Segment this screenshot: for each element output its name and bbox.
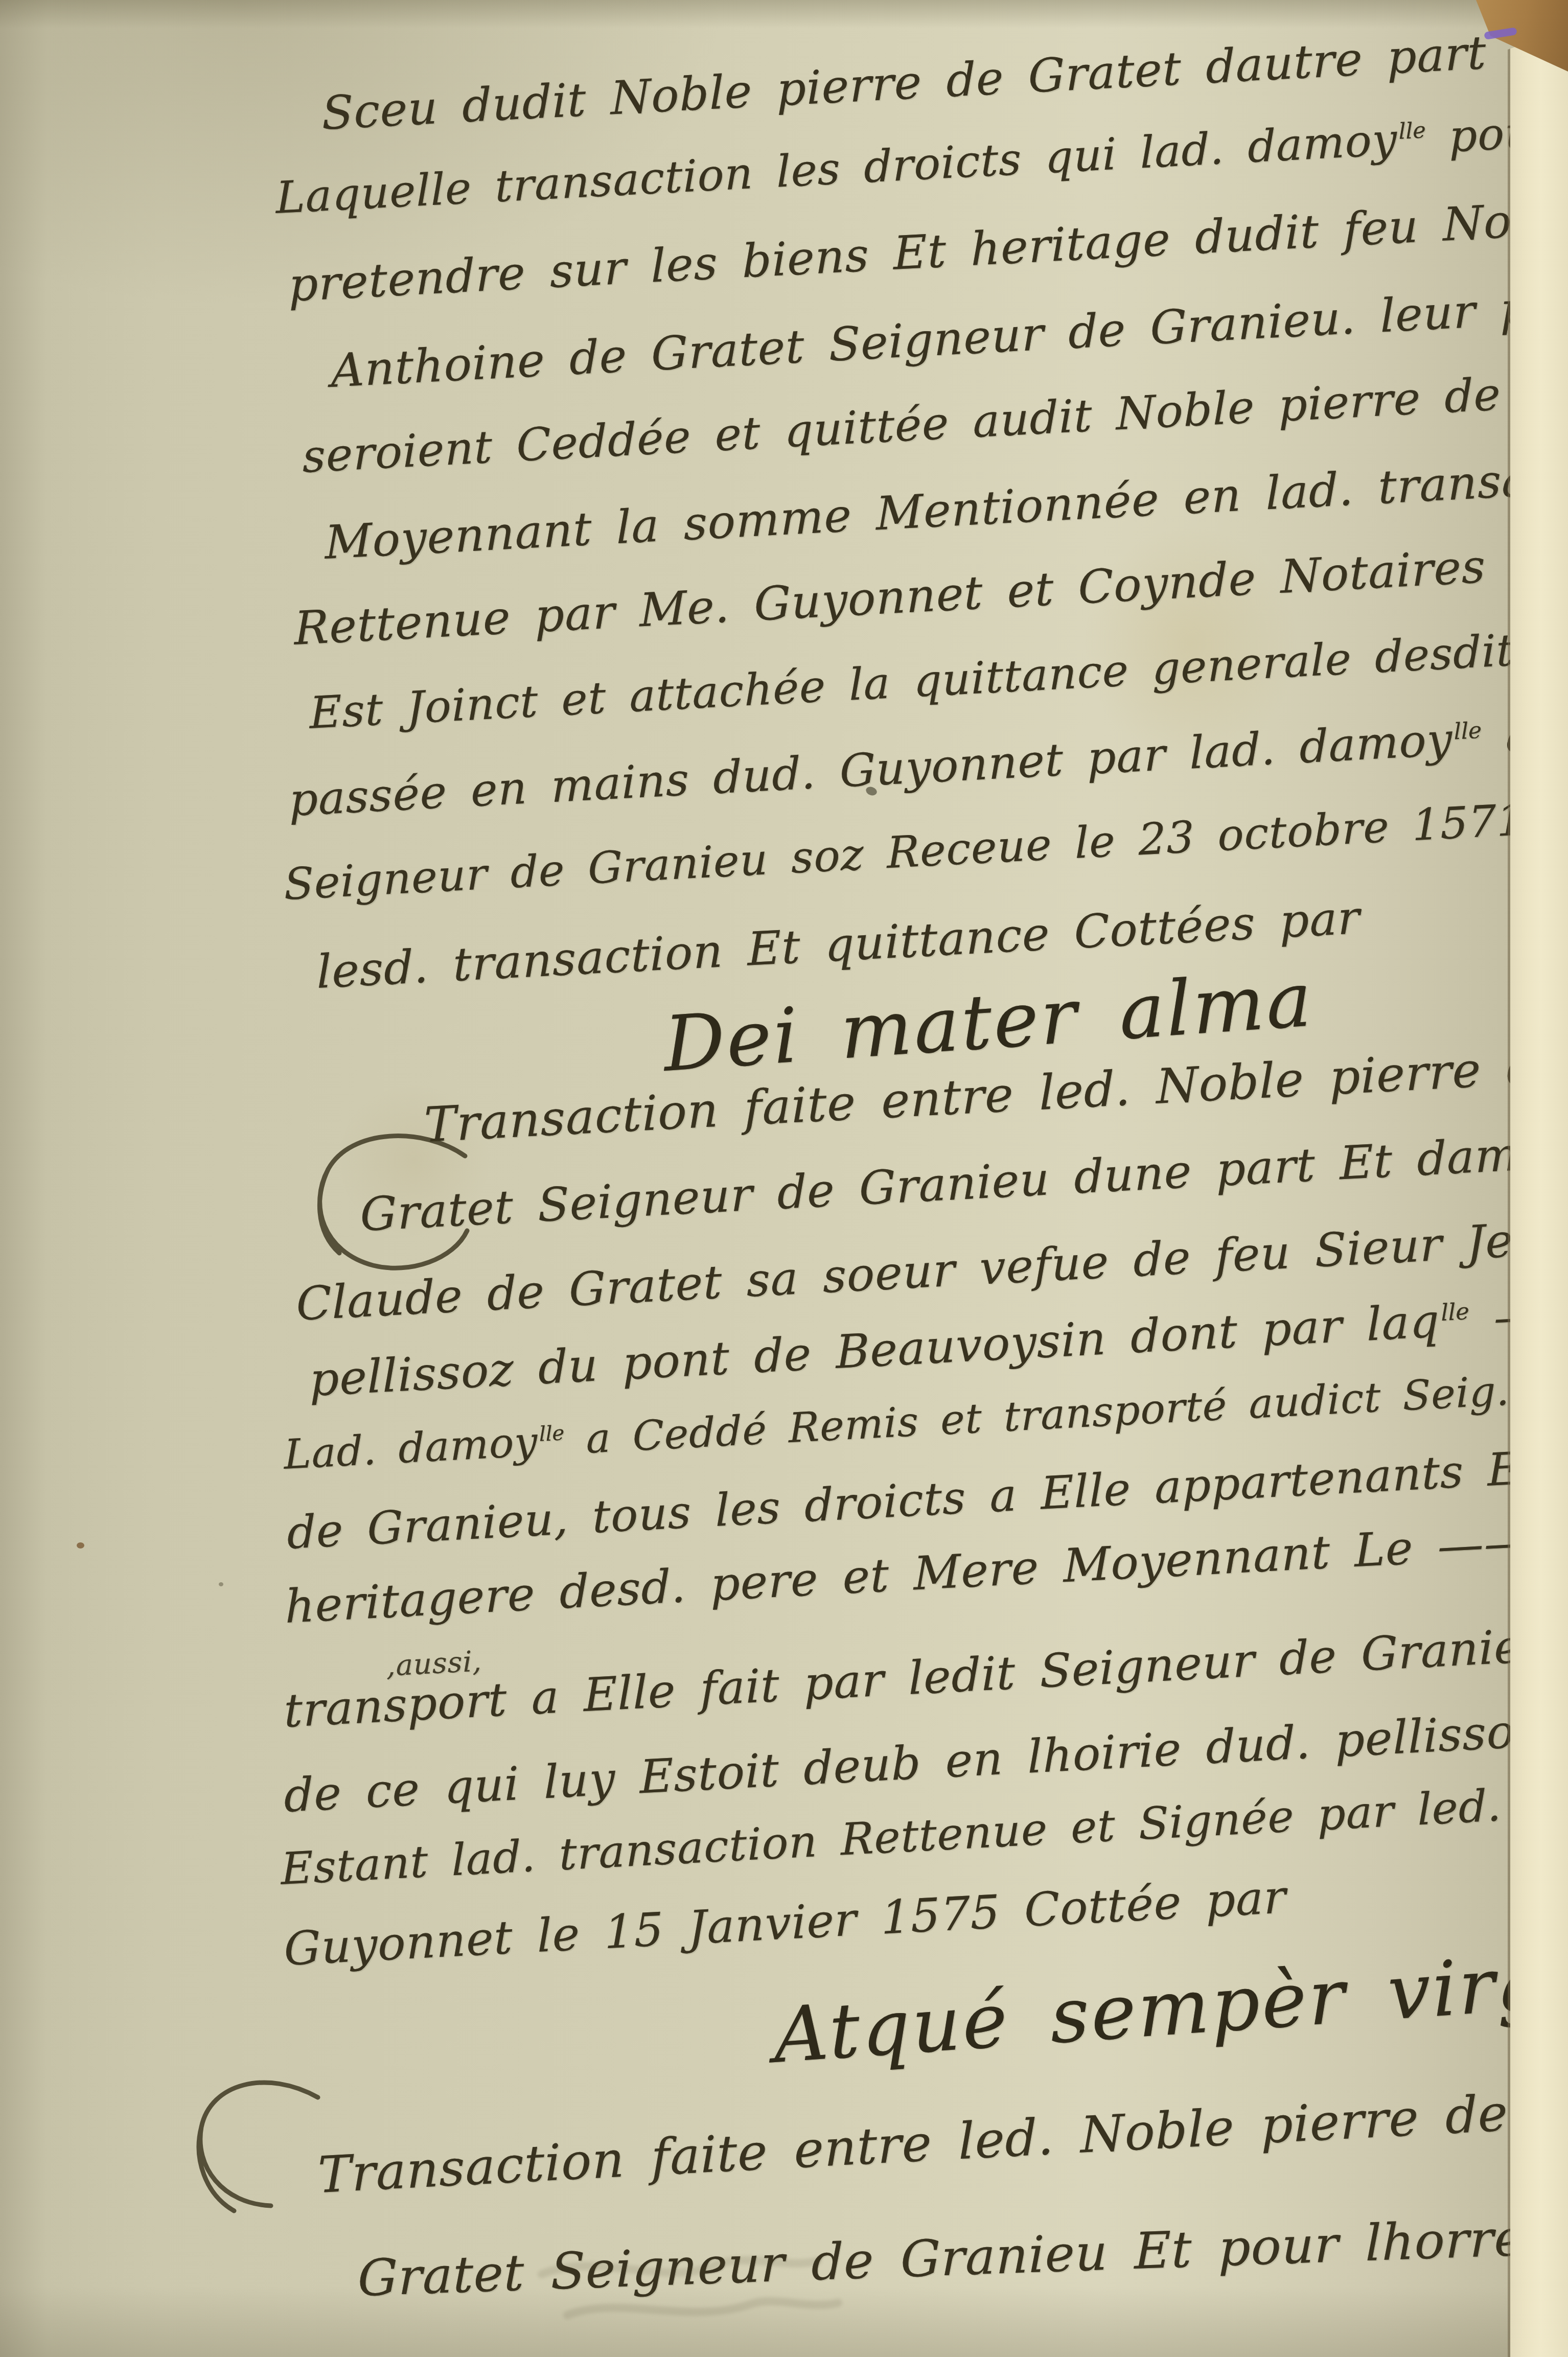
paper-speck xyxy=(77,1542,84,1549)
page-stack-edge xyxy=(1508,28,1568,2357)
initial-flourish-icon xyxy=(301,1122,479,1296)
paper-speck xyxy=(219,1582,223,1586)
manuscript-text-line: Transaction faite entre led. Noble pierr… xyxy=(317,2077,1568,2205)
manuscript-page-photo: Sceu dudit Noble pierre de Gratet dautre… xyxy=(0,0,1568,2357)
initial-flourish-icon xyxy=(184,2066,342,2224)
section-heading: Atqué sempèr virgo xyxy=(772,1935,1568,2080)
ink-bleedthrough xyxy=(532,2238,859,2351)
